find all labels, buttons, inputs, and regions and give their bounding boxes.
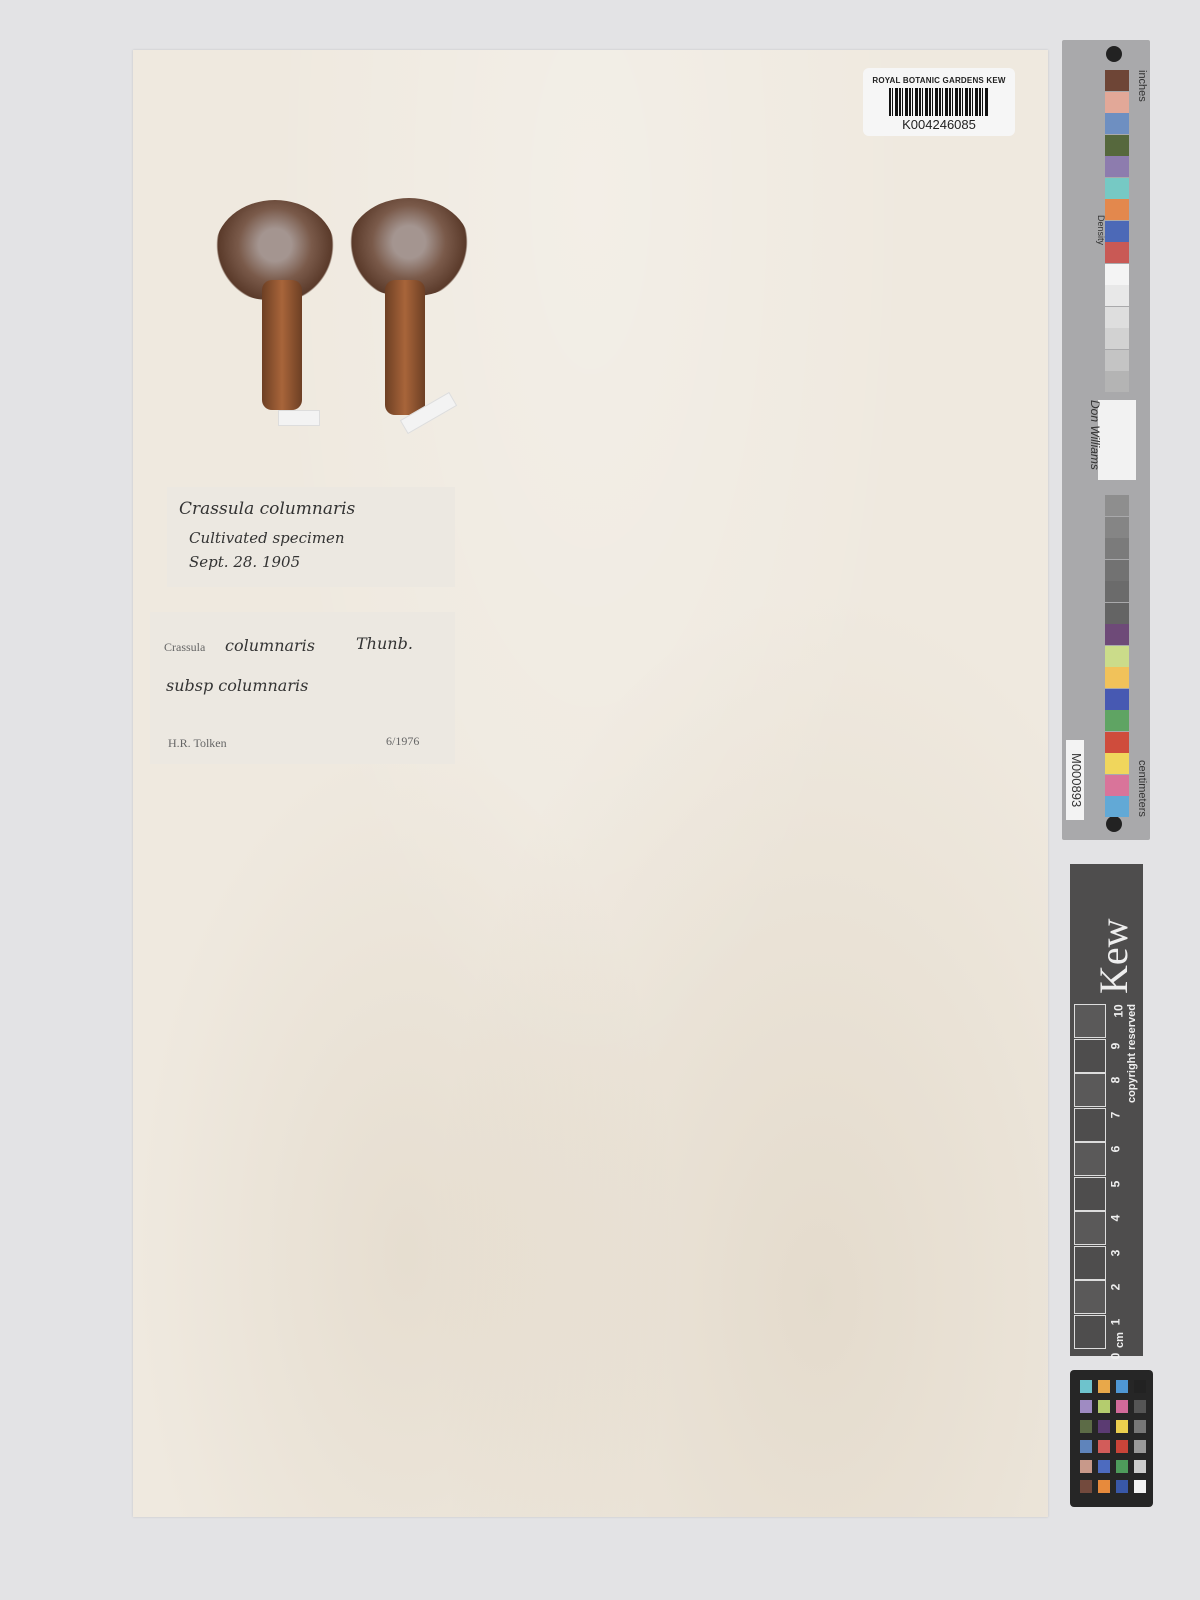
color-chip [1080,1460,1092,1473]
color-chip [1080,1420,1092,1433]
determination-slip: Crassula columnaris Thunb. subsp columna… [150,612,455,764]
scale-segment [1074,1177,1106,1211]
target-box [1098,400,1136,480]
color-swatch [1105,113,1129,134]
color-swatch [1105,538,1129,559]
color-chip [1098,1480,1110,1493]
color-swatch [1105,753,1129,774]
color-swatch [1105,242,1129,263]
author: Thunb. [356,634,413,653]
color-chip [1116,1480,1128,1493]
color-swatch [1105,350,1129,371]
inches-label: inches [1136,70,1148,102]
color-chip [1116,1380,1128,1393]
color-chip [1134,1460,1146,1473]
color-swatch [1105,70,1129,91]
ruler-brand: Don Williams [1088,400,1102,470]
scale-number: 5 [1108,1180,1122,1187]
scale-segment [1074,1073,1106,1107]
scale-number: 8 [1108,1077,1122,1084]
specimen-stem [262,280,302,410]
color-chip [1116,1440,1128,1453]
scale-segment [1074,1108,1106,1142]
density-label: Density [1096,215,1106,245]
color-swatch [1105,135,1129,156]
scale-segment [1074,1246,1106,1280]
color-chip [1080,1480,1092,1493]
color-chip [1098,1400,1110,1413]
color-swatch [1105,371,1129,392]
scale-number: 10 [1112,1004,1126,1017]
scale-number: 2 [1108,1284,1122,1291]
color-swatch [1105,732,1129,753]
scale-number: 7 [1108,1111,1122,1118]
barcode-label: ROYAL BOTANIC GARDENS KEW K004246085 [863,68,1015,136]
color-chip [1134,1480,1146,1493]
mounting-strap [278,410,320,426]
color-chip [1080,1400,1092,1413]
color-checker-card [1070,1370,1153,1507]
color-chip [1098,1380,1110,1393]
determination-date: 6/1976 [386,734,419,749]
kew-scale-bar: Kew copyright reserved 109876543210 cm [1070,864,1143,1356]
color-swatch [1105,667,1129,688]
color-swatch [1105,92,1129,113]
scale-number: 0 [1108,1353,1122,1360]
scale-number: 6 [1108,1146,1122,1153]
barcode-icon [889,88,989,116]
color-swatch [1105,199,1129,220]
color-swatch [1105,689,1129,710]
color-swatch [1105,581,1129,602]
color-swatch [1105,624,1129,645]
copyright-text: copyright reserved [1126,1004,1138,1103]
cm-unit-label: cm [1114,1332,1126,1348]
scale-segment [1074,1315,1106,1349]
registration-dot-icon [1106,816,1122,832]
scale-segment [1074,1142,1106,1176]
color-swatch [1105,285,1129,306]
determiner-name: H.R. Tolken [168,736,227,751]
color-swatch [1105,264,1129,285]
color-chip [1134,1380,1146,1393]
color-swatch [1105,328,1129,349]
scale-number: 3 [1108,1249,1122,1256]
scale-number: 1 [1108,1318,1122,1325]
color-swatch [1105,710,1129,731]
scale-segment [1074,1004,1106,1038]
scale-segment [1074,1039,1106,1073]
scale-segment [1074,1211,1106,1245]
color-swatch [1105,603,1129,624]
genus-printed: Crassula [164,640,205,655]
color-chip [1116,1400,1128,1413]
color-ruler: inches centimeters Density Don Williams … [1062,40,1150,840]
registration-dot-icon [1106,46,1122,62]
color-chip [1080,1380,1092,1393]
color-swatch [1105,156,1129,177]
color-swatch [1105,178,1129,199]
scale-segment [1074,1280,1106,1314]
ruler-id: M000893 [1066,740,1084,820]
scale-number: 4 [1108,1215,1122,1222]
color-swatch [1105,775,1129,796]
color-chip [1116,1460,1128,1473]
institution-name: ROYAL BOTANIC GARDENS KEW [863,76,1015,85]
infraspecific-name: subsp columnaris [166,676,308,695]
taxon-name: Crassula columnaris [179,499,355,519]
color-chip [1134,1420,1146,1433]
color-swatch [1105,560,1129,581]
species-epithet: columnaris [225,636,315,655]
collection-date: Sept. 28. 1905 [189,553,300,571]
color-chip [1134,1400,1146,1413]
color-swatch [1105,307,1129,328]
color-swatch [1105,495,1129,516]
specimen-note: Cultivated specimen [189,529,345,547]
scale-number: 9 [1108,1042,1122,1049]
barcode-number: K004246085 [863,117,1015,132]
specimen-stem [385,280,425,415]
centimeters-label: centimeters [1136,760,1148,817]
kew-logo: Kew [1090,918,1137,994]
color-swatch [1105,517,1129,538]
color-swatch [1105,646,1129,667]
color-chip [1098,1420,1110,1433]
original-collection-label: Crassula columnaris Cultivated specimen … [167,487,455,587]
color-chip [1116,1420,1128,1433]
color-chip [1098,1440,1110,1453]
color-swatch [1105,796,1129,817]
color-swatch [1105,221,1129,242]
color-chip [1098,1460,1110,1473]
color-chip [1080,1440,1092,1453]
color-chip [1134,1440,1146,1453]
